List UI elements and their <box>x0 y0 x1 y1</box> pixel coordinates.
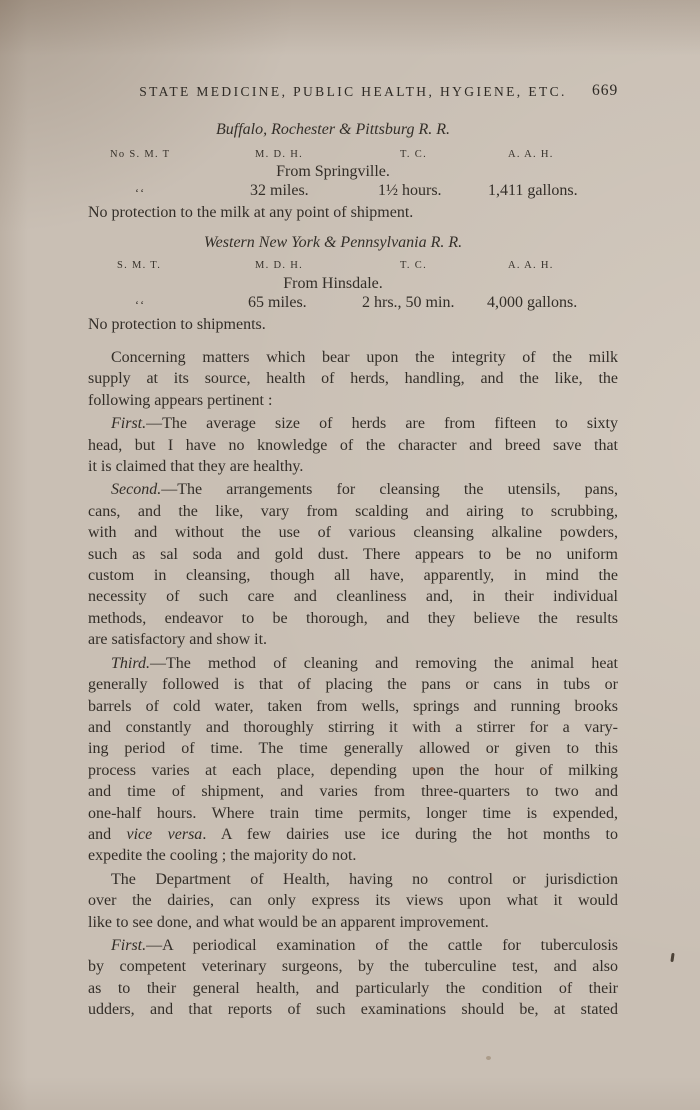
distance-value: 32 miles. <box>250 182 309 200</box>
running-head-title: STATE MEDICINE, PUBLIC HEALTH, HYGIENE, … <box>88 84 618 100</box>
paragraph: First.—The average size of herds are fro… <box>88 413 618 477</box>
paragraph: First.—A periodical examination of the c… <box>88 935 618 1021</box>
text-line: and vice versa. A few dairies use ice du… <box>88 824 618 845</box>
text-line: supply at its source, health of herds, h… <box>88 368 618 389</box>
text-line: such as sal soda and gold dust. There ap… <box>88 544 618 565</box>
volume-value: 4,000 gallons. <box>487 294 577 312</box>
column-header: S. M. T. <box>117 260 161 271</box>
paper-speck <box>670 953 674 962</box>
text-line: and constantly and thoroughly stirring i… <box>88 717 618 738</box>
column-header: A. A. H. <box>508 260 554 271</box>
paragraph: Third.—The method of cleaning and removi… <box>88 653 618 867</box>
text-line: by competent veterinary surgeons, by the… <box>88 956 618 977</box>
time-value: 1½ hours. <box>378 182 442 200</box>
protection-note: No protection to the milk at any point o… <box>88 204 413 222</box>
body-text: Concerning matters which bear upon the i… <box>88 347 618 1023</box>
text-line: ing period of time. The time generally a… <box>88 738 618 759</box>
paragraph: Concerning matters which bear upon the i… <box>88 347 618 411</box>
protection-note: No protection to shipments. <box>88 316 266 334</box>
text-line: barrels of cold water, taken from wells,… <box>88 696 618 717</box>
origin-station: From Hinsdale. <box>88 275 578 293</box>
ditto-mark: ‘‘ <box>135 298 146 313</box>
paragraph: The Department of Health, having no cont… <box>88 869 618 933</box>
text-line: one-half hours. Where train time permits… <box>88 803 618 824</box>
text-line: like to see done, and what would be an a… <box>88 912 618 933</box>
text-line: following appears pertinent : <box>88 390 618 411</box>
column-header: M. D. H. <box>255 149 303 160</box>
paragraph: Second.—The arrangements for cleansing t… <box>88 479 618 650</box>
text-line: generally followed is that of placing th… <box>88 674 618 695</box>
text-line: First.—A periodical examination of the c… <box>88 935 618 956</box>
ditto-mark: ‘‘ <box>135 186 146 201</box>
text-line: cans, and the like, vary from scalding a… <box>88 501 618 522</box>
paper-speck <box>486 1056 491 1060</box>
scanned-book-page: STATE MEDICINE, PUBLIC HEALTH, HYGIENE, … <box>0 0 700 1110</box>
text-line: Concerning matters which bear upon the i… <box>88 347 618 368</box>
text-line: are satisfactory and show it. <box>88 629 618 650</box>
text-line: The Department of Health, having no cont… <box>88 869 618 890</box>
text-line: with and without the use of various clea… <box>88 522 618 543</box>
column-header: T. C. <box>400 149 427 160</box>
column-header: No S. M. T <box>110 149 170 160</box>
distance-value: 65 miles. <box>248 294 307 312</box>
text-line: process varies at each place, depending … <box>88 760 618 781</box>
text-line: Second.—The arrangements for cleansing t… <box>88 479 618 500</box>
column-header: T. C. <box>400 260 427 271</box>
time-value: 2 hrs., 50 min. <box>362 294 454 312</box>
text-line: expedite the cooling ; the majority do n… <box>88 845 618 866</box>
text-line: custom in cleansing, though all have, ap… <box>88 565 618 586</box>
text-line: over the dairies, can only express its v… <box>88 890 618 911</box>
text-line: as to their general health, and particul… <box>88 978 618 999</box>
text-line: Third.—The method of cleaning and removi… <box>88 653 618 674</box>
railroad-name: Buffalo, Rochester & Pittsburg R. R. <box>88 121 578 139</box>
text-line: methods, endeavor to be thorough, and th… <box>88 608 618 629</box>
text-line: and time of shipment, and varies from th… <box>88 781 618 802</box>
column-header: M. D. H. <box>255 260 303 271</box>
page-number: 669 <box>592 82 618 100</box>
text-line: necessity of such care and cleanliness a… <box>88 586 618 607</box>
text-line: head, but I have no knowledge of the cha… <box>88 435 618 456</box>
text-line: udders, and that reports of such examina… <box>88 999 618 1020</box>
origin-station: From Springville. <box>88 163 578 181</box>
railroad-name: Western New York & Pennsylvania R. R. <box>88 234 578 252</box>
text-line: First.—The average size of herds are fro… <box>88 413 618 434</box>
text-line: it is claimed that they are healthy. <box>88 456 618 477</box>
volume-value: 1,411 gallons. <box>488 182 578 200</box>
column-header: A. A. H. <box>508 149 554 160</box>
